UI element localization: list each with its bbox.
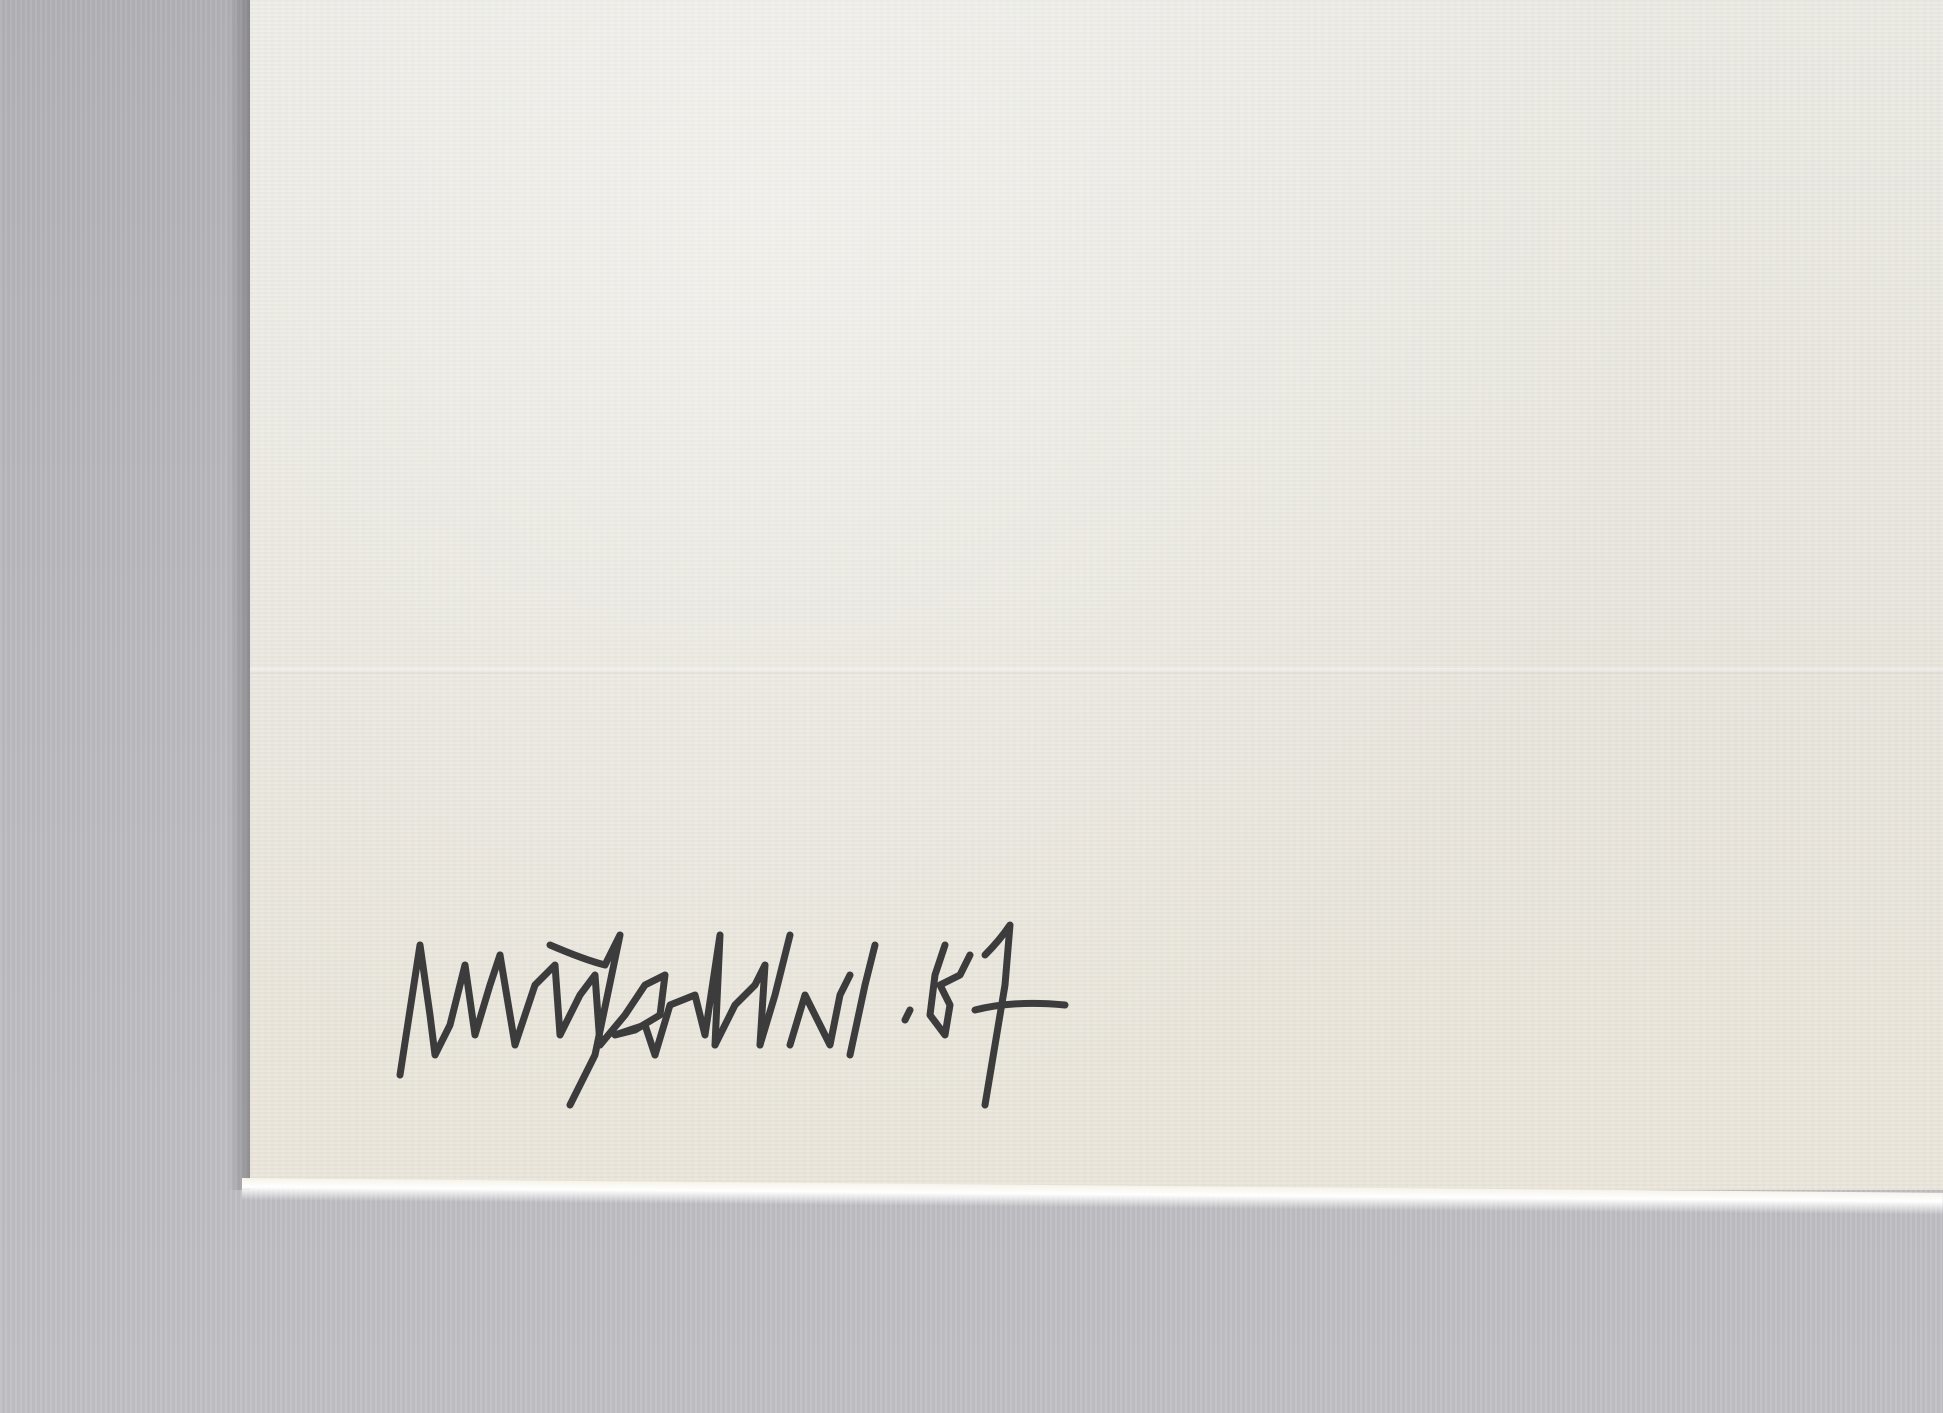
paper-left-shadow [228,0,250,1190]
paper-crease [250,668,1943,674]
artist-signature: Wunderlich ·87 [385,905,1755,1135]
signature-scribble-icon [385,905,1755,1135]
